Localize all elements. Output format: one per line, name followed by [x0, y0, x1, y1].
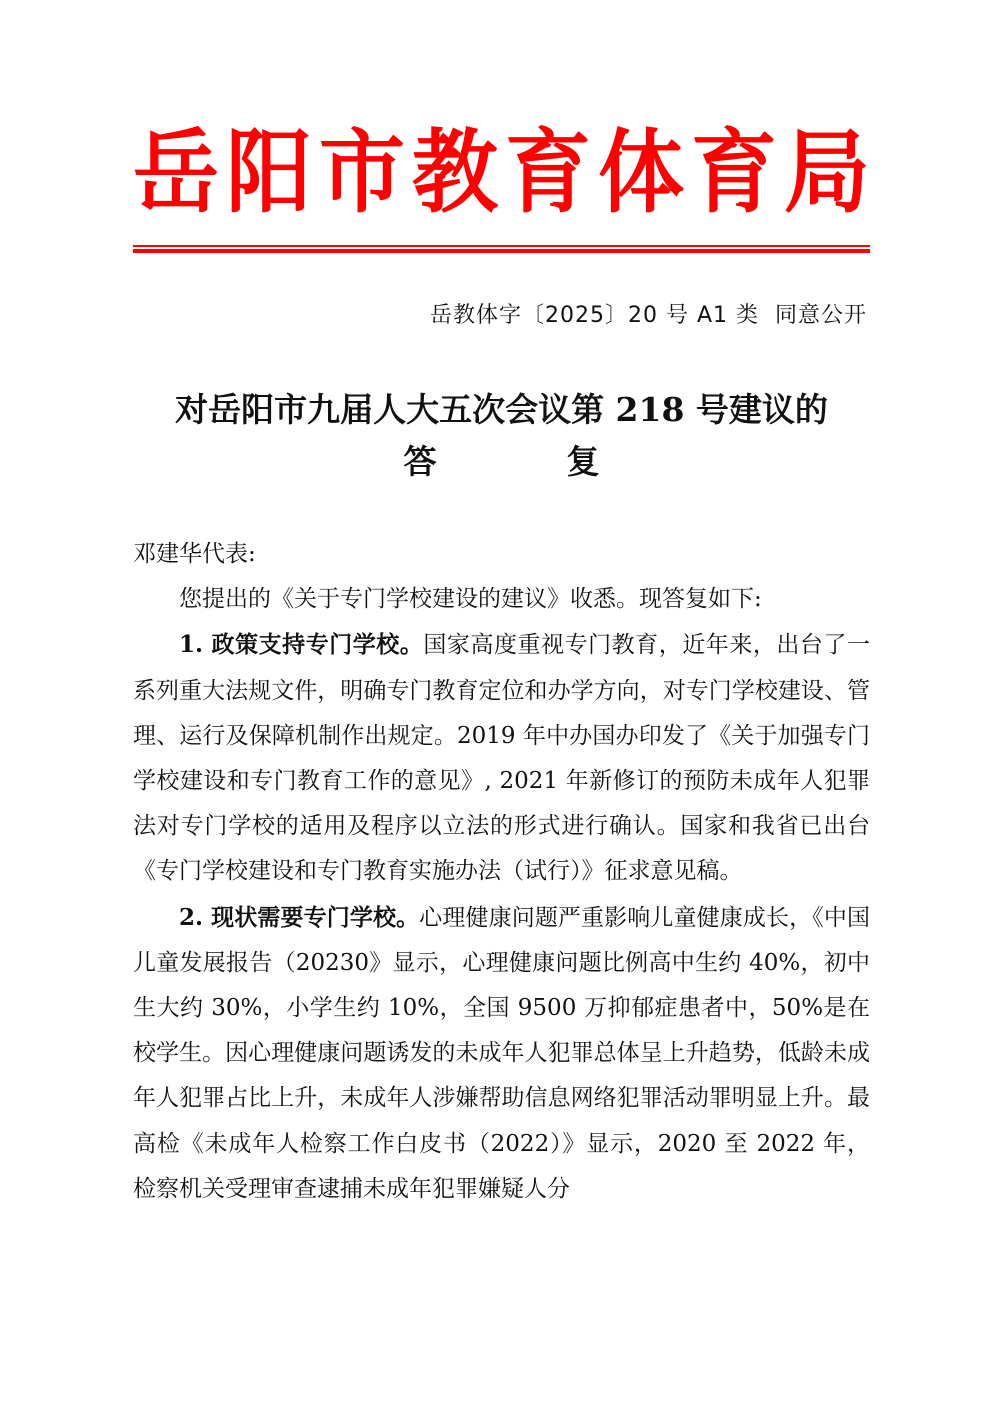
section-heading-1: 1. 政策支持专门学校。 — [179, 631, 423, 658]
masthead-char: 育 — [691, 121, 777, 226]
title-line-2: 答复 — [133, 436, 870, 488]
masthead-char: 教 — [412, 121, 498, 226]
title-char-reply-1: 答 — [404, 436, 437, 488]
masthead-divider-thick — [133, 249, 870, 253]
intro-paragraph: 您提出的《关于专门学校建设的建议》收悉。现答复如下: — [133, 577, 870, 622]
masthead-char: 体 — [598, 121, 684, 226]
title-char-reply-2: 复 — [567, 436, 600, 488]
masthead-org-name: 岳 阳 市 教 育 体 育 局 — [133, 118, 870, 228]
document-number: 岳教体字〔2025〕20 号 A1 类 同意公开 — [430, 298, 867, 334]
section-text-1: 国家高度重视专门教育，近年来，出台了一系列重大法规文件，明确专门教育定位和办学方… — [133, 632, 870, 884]
masthead-char: 局 — [784, 121, 870, 226]
document-body: 邓建华代表: 您提出的《关于专门学校建设的建议》收悉。现答复如下: 1. 政策支… — [133, 532, 870, 1212]
section-heading-2: 2. 现状需要专门学校。 — [179, 904, 419, 931]
masthead-char: 阳 — [226, 121, 312, 226]
masthead-char: 市 — [319, 121, 405, 226]
title-line-1: 对岳阳市九届人大五次会议第 218 号建议的 — [175, 390, 828, 429]
masthead-char: 育 — [505, 121, 591, 226]
masthead-char: 岳 — [133, 121, 219, 226]
masthead-divider-thin — [133, 245, 870, 247]
section-text-2: 心理健康问题严重影响儿童健康成长，《中国儿童发展报告（20230》显示，心理健康… — [133, 905, 870, 1202]
salutation: 邓建华代表: — [133, 532, 870, 577]
section-paragraph-2: 2. 现状需要专门学校。心理健康问题严重影响儿童健康成长，《中国儿童发展报告（2… — [133, 895, 870, 1212]
section-paragraph-1: 1. 政策支持专门学校。国家高度重视专门教育，近年来，出台了一系列重大法规文件，… — [133, 622, 870, 894]
document-title: 对岳阳市九届人大五次会议第 218 号建议的 答复 — [133, 384, 870, 488]
